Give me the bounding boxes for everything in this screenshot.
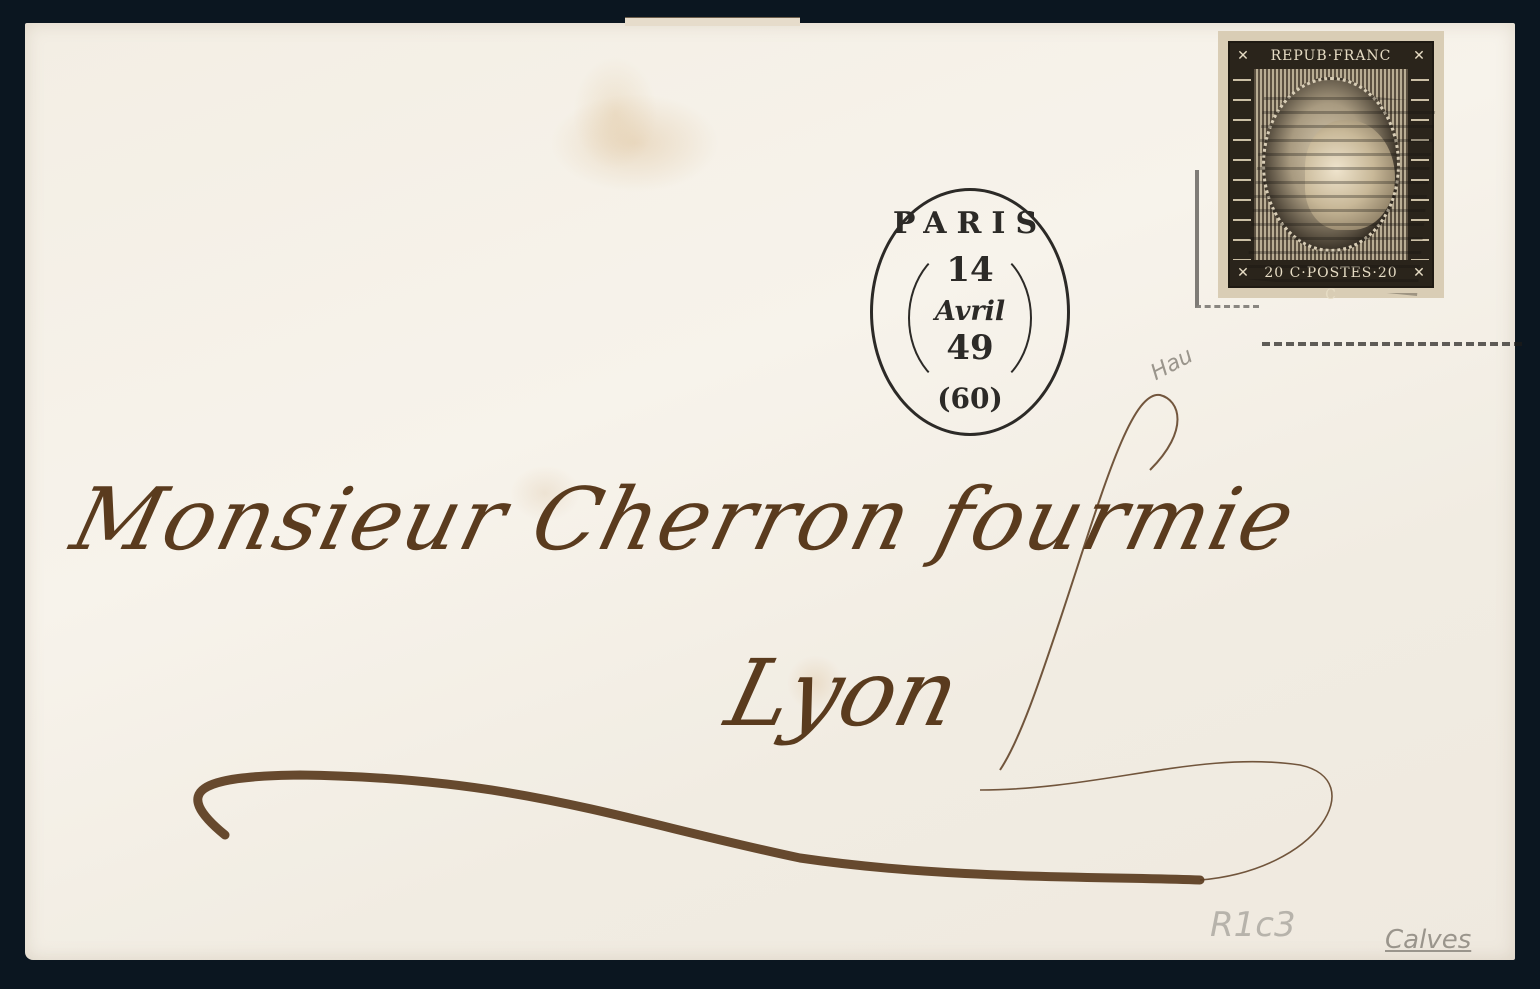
pencil-reference: R1c3 xyxy=(1210,905,1296,945)
ink-flourish xyxy=(0,0,1540,989)
expert-signature: Calves xyxy=(1385,925,1471,955)
